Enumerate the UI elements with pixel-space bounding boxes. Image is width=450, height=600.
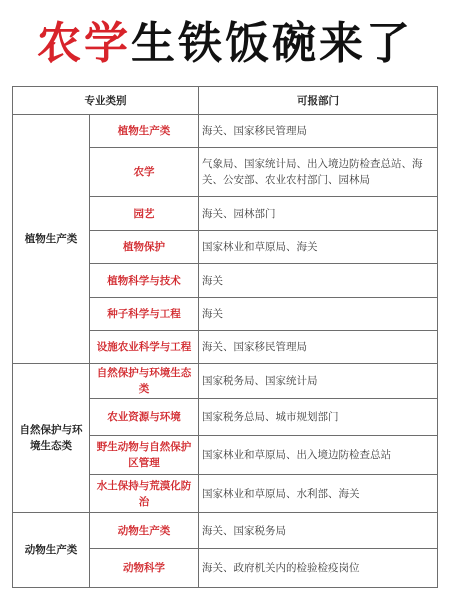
departments-cell: 海关、国家移民管理局 bbox=[199, 115, 438, 148]
major-cell: 动物生产类 bbox=[90, 513, 199, 549]
departments-cell: 国家税务局、国家统计局 bbox=[199, 364, 438, 399]
table-row: 植物生产类 植物生产类 海关、国家移民管理局 bbox=[13, 115, 438, 148]
title-highlight: 农学 bbox=[37, 18, 131, 69]
table-row: 动物生产类 动物生产类 海关、国家税务局 bbox=[13, 513, 438, 549]
majors-departments-table: 专业类别 可报部门 植物生产类 植物生产类 海关、国家移民管理局 农学 气象局、… bbox=[12, 86, 438, 588]
major-cell: 种子科学与工程 bbox=[90, 298, 199, 331]
departments-cell: 海关 bbox=[199, 264, 438, 298]
major-cell: 植物生产类 bbox=[90, 115, 199, 148]
major-cell: 自然保护与环境生态类 bbox=[90, 364, 199, 399]
major-cell: 动物科学 bbox=[90, 549, 199, 588]
departments-cell: 国家林业和草原局、水利部、海关 bbox=[199, 475, 438, 513]
departments-cell: 国家林业和草原局、出入境边防检查总站 bbox=[199, 436, 438, 475]
departments-cell: 海关、政府机关内的检验检疫岗位 bbox=[199, 549, 438, 588]
departments-cell: 海关、国家移民管理局 bbox=[199, 331, 438, 364]
category-cell: 自然保护与环境生态类 bbox=[13, 364, 90, 513]
major-cell: 野生动物与自然保护区管理 bbox=[90, 436, 199, 475]
major-cell: 植物科学与技术 bbox=[90, 264, 199, 298]
major-cell: 设施农业科学与工程 bbox=[90, 331, 199, 364]
header-category: 专业类别 bbox=[13, 87, 199, 115]
category-cell: 植物生产类 bbox=[13, 115, 90, 364]
departments-cell: 国家林业和草原局、海关 bbox=[199, 231, 438, 264]
title-rest: 生铁饭碗来了 bbox=[131, 18, 413, 69]
major-cell: 农学 bbox=[90, 148, 199, 197]
departments-cell: 国家税务总局、城市规划部门 bbox=[199, 399, 438, 436]
category-cell: 动物生产类 bbox=[13, 513, 90, 588]
major-cell: 农业资源与环境 bbox=[90, 399, 199, 436]
departments-cell: 海关 bbox=[199, 298, 438, 331]
table-row: 自然保护与环境生态类 自然保护与环境生态类 国家税务局、国家统计局 bbox=[13, 364, 438, 399]
page-title: 农学生铁饭碗来了 bbox=[0, 16, 450, 72]
departments-cell: 气象局、国家统计局、出入境边防检查总站、海关、公安部、农业农村部门、园林局 bbox=[199, 148, 438, 197]
major-cell: 园艺 bbox=[90, 197, 199, 231]
departments-cell: 海关、国家税务局 bbox=[199, 513, 438, 549]
header-departments: 可报部门 bbox=[199, 87, 438, 115]
major-cell: 水土保持与荒漠化防治 bbox=[90, 475, 199, 513]
departments-cell: 海关、园林部门 bbox=[199, 197, 438, 231]
major-cell: 植物保护 bbox=[90, 231, 199, 264]
table-header-row: 专业类别 可报部门 bbox=[13, 87, 438, 115]
